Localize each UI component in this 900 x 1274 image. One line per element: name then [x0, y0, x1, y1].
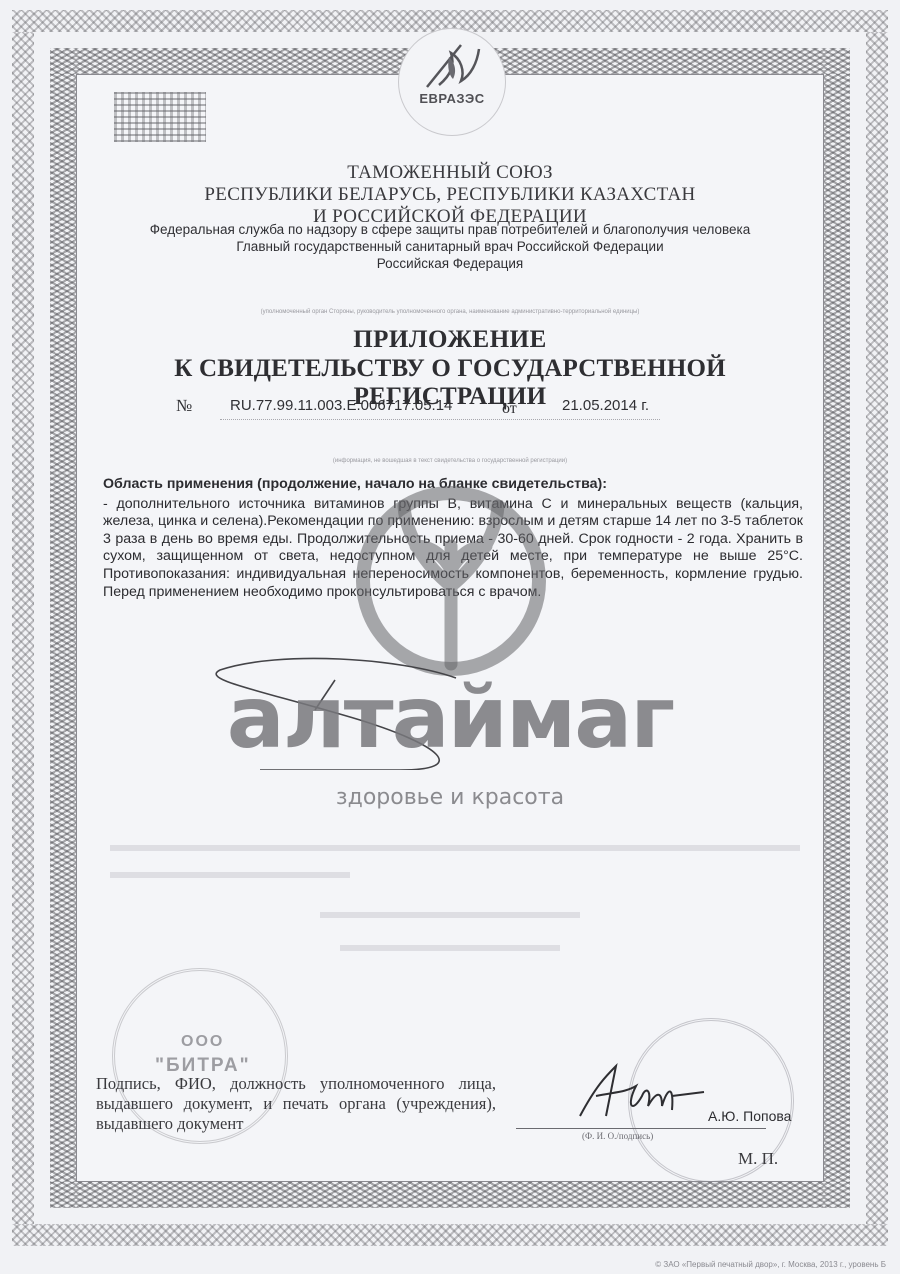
- document-title: ПРИЛОЖЕНИЕ: [80, 326, 820, 354]
- agency-line: Федеральная служба по надзору в сфере за…: [80, 221, 820, 238]
- watermark-tagline: здоровье и красота: [0, 785, 900, 810]
- registration-date: 21.05.2014 г.: [562, 397, 649, 414]
- number-underline: [220, 419, 660, 420]
- agency-heading: Федеральная служба по надзору в сфере за…: [80, 221, 820, 272]
- union-line: ТАМОЖЕННЫЙ СОЮЗ: [80, 162, 820, 184]
- agency-caption: (уполномоченный орган Стороны, руководит…: [80, 308, 820, 316]
- eurasec-emblem: ЕВРАЗЭС: [398, 28, 506, 136]
- seal-mark: М. П.: [738, 1149, 778, 1169]
- union-heading: ТАМОЖЕННЫЙ СОЮЗ РЕСПУБЛИКИ БЕЛАРУСЬ, РЕС…: [80, 162, 820, 228]
- number-caption: (информация, не вошедшая в текст свидете…: [80, 457, 820, 465]
- handwritten-signature: [576, 1056, 706, 1126]
- printer-note: © ЗАО «Первый печатный двор», г. Москва,…: [655, 1260, 886, 1269]
- emblem-label: ЕВРАЗЭС: [399, 91, 505, 106]
- bird-emblem-icon: [421, 35, 483, 91]
- agency-line: Главный государственный санитарный врач …: [80, 238, 820, 255]
- watermark-brand: алтаймаг: [0, 668, 900, 768]
- union-line: РЕСПУБЛИКИ БЕЛАРУСЬ, РЕСПУБЛИКИ КАЗАХСТА…: [80, 184, 820, 206]
- signer-caption: (Ф. И. О./подпись): [582, 1131, 653, 1141]
- number-sign: №: [176, 396, 192, 416]
- stamp-prefix: ООО: [181, 1033, 224, 1051]
- signature-line: [516, 1128, 766, 1129]
- signer-name: А.Ю. Попова: [708, 1108, 791, 1124]
- signature-caption: Подпись, ФИО, должность уполномоченного …: [96, 1074, 496, 1134]
- agency-line: Российская Федерация: [80, 255, 820, 272]
- security-code-block: [114, 92, 206, 142]
- from-label: от: [502, 400, 517, 418]
- registration-number: RU.77.99.11.003.E.006717.05.14: [230, 397, 452, 414]
